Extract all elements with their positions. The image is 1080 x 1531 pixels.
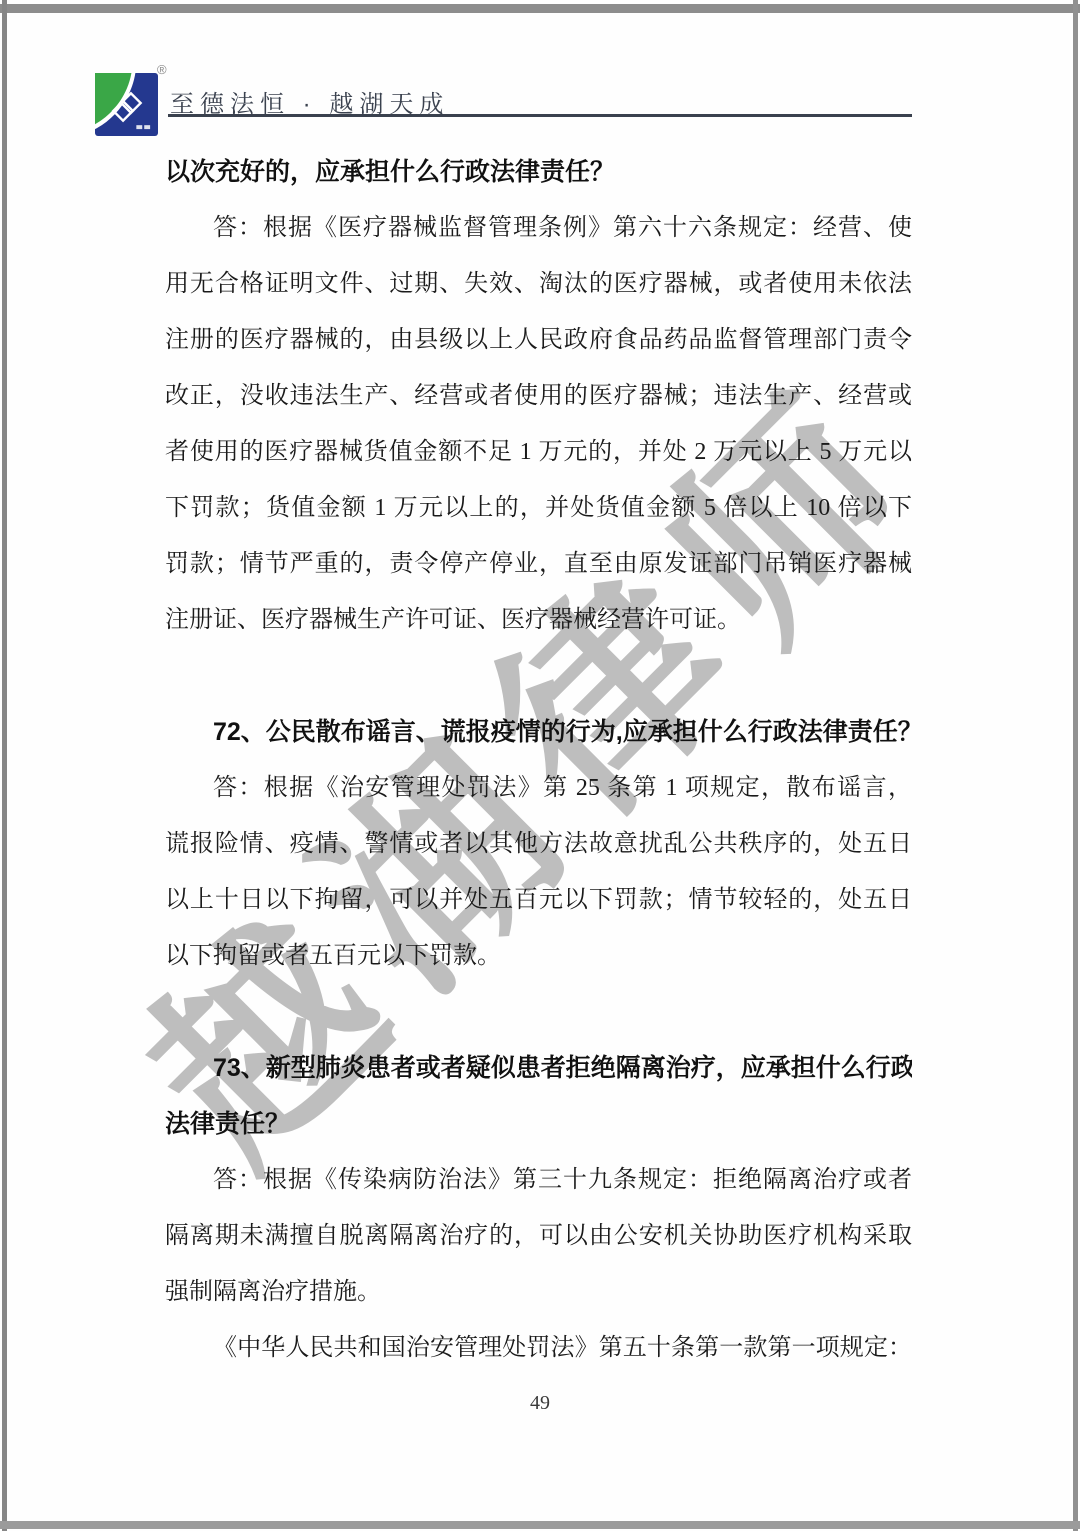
text-line: 答：根据《医疗器械监督管理条例》第六十六条规定：经营、使 <box>165 200 912 256</box>
question-heading: 以次充好的，应承担什么行政法律责任？ <box>165 144 912 200</box>
text-line: 改正，没收违法生产、经营或者使用的医疗器械；违法生产、经营或 <box>165 368 912 424</box>
text-line: 《中华人民共和国治安管理处罚法》第五十条第一款第一项规定： <box>165 1320 912 1376</box>
text-line: 下罚款；货值金额 1 万元以上的，并处货值金额 5 倍以上 10 倍以下 <box>165 480 912 536</box>
text-line: 罚款；情节严重的，责令停产停业，直至由原发证部门吊销医疗器械 <box>165 536 912 592</box>
text-line: 用无合格证明文件、过期、失效、淘汰的医疗器械，或者使用未依法 <box>165 256 912 312</box>
registered-trademark-icon: ® <box>157 62 167 77</box>
text-line: 谎报险情、疫情、警情或者以其他方法故意扰乱公共秩序的，处五日 <box>165 816 912 872</box>
blank-line <box>165 984 912 1040</box>
scan-edge-bottom <box>0 1521 1080 1529</box>
text-line: 答：根据《治安管理处罚法》第 25 条第 1 项规定，散布谣言， <box>165 760 912 816</box>
question-heading: 72、公民散布谣言、谎报疫情的行为,应承担什么行政法律责任？ <box>165 704 912 760</box>
law-firm-logo-icon <box>95 73 158 136</box>
text-line: 强制隔离治疗措施。 <box>165 1264 912 1320</box>
text-line: 隔离期未满擅自脱离隔离治疗的，可以由公安机关协助医疗机构采取 <box>165 1208 912 1264</box>
text-line: 以下拘留或者五百元以下罚款。 <box>165 928 912 984</box>
scanned-document-page: ® 至德法恒 · 越湖天成 越湖律师 以次充好的，应承担什么行政法律责任？ 答：… <box>0 0 1080 1531</box>
text-line: 注册证、医疗器械生产许可证、医疗器械经营许可证。 <box>165 592 912 648</box>
document-body: 以次充好的，应承担什么行政法律责任？ 答：根据《医疗器械监督管理条例》第六十六条… <box>165 144 912 1376</box>
text-line: 注册的医疗器械的，由县级以上人民政府食品药品监督管理部门责令 <box>165 312 912 368</box>
text-line: 者使用的医疗器械货值金额不足 1 万元的，并处 2 万元以上 5 万元以 <box>165 424 912 480</box>
text-line: 答：根据《传染病防治法》第三十九条规定：拒绝隔离治疗或者 <box>165 1152 912 1208</box>
question-heading: 73、新型肺炎患者或者疑似患者拒绝隔离治疗，应承担什么行政 <box>165 1040 912 1096</box>
page-header: ® 至德法恒 · 越湖天成 <box>0 0 1080 145</box>
text-line: 以上十日以下拘留，可以并处五百元以下罚款；情节较轻的，处五日 <box>165 872 912 928</box>
question-heading: 法律责任？ <box>165 1096 912 1152</box>
scan-edge-left <box>2 0 7 1531</box>
scan-edge-top <box>0 4 1080 13</box>
header-rule <box>168 114 912 117</box>
page-number: 49 <box>0 1392 1080 1415</box>
scan-edge-right <box>1073 0 1078 1531</box>
blank-line <box>165 648 912 704</box>
